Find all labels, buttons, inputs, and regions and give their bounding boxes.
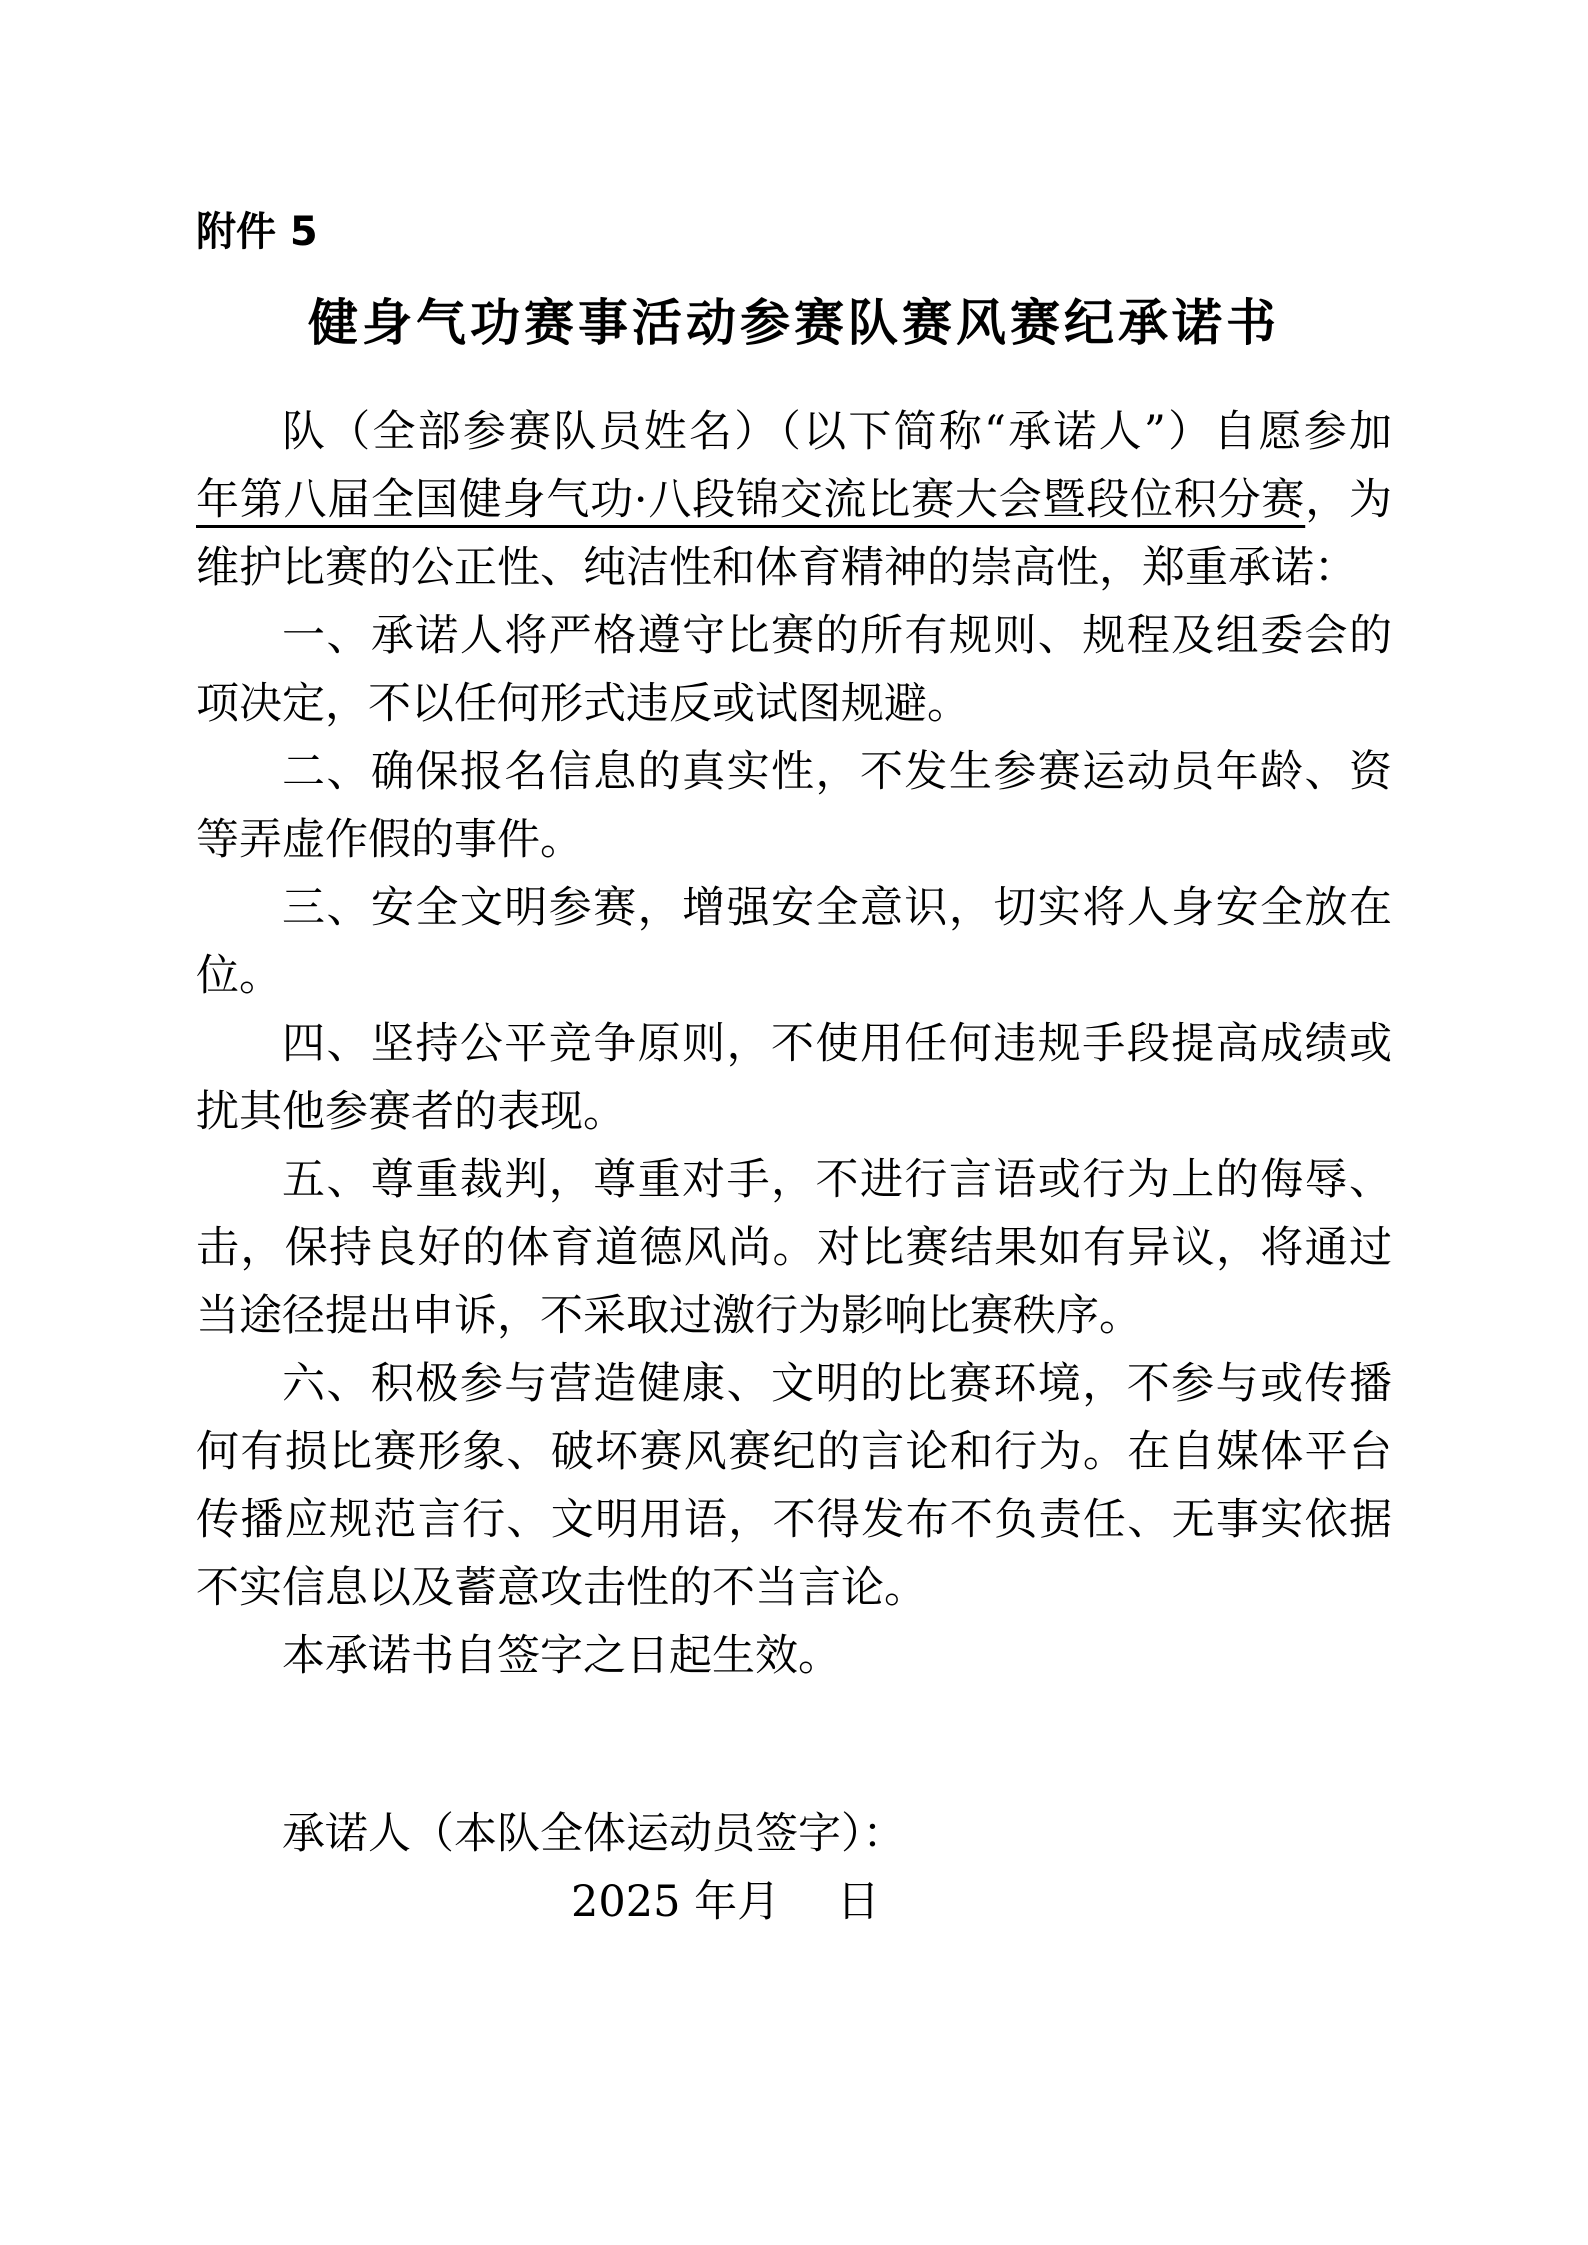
text-segment: 何有损比赛形象、破坏赛风赛纪的言论和行为。在自媒体平台的	[196, 1427, 1392, 1486]
text-segment: ，为	[1305, 475, 1392, 525]
text-segment: 不实信息以及蓄意攻击性的不当言论。	[196, 1563, 927, 1613]
text-segment: 队（全部参赛队员姓名）（以下简称“承诺人”）自愿参加	[282, 407, 1392, 457]
document-title: 健身气功赛事活动参赛队赛风赛纪承诺书	[196, 296, 1392, 350]
text-segment: 2025 年月 日	[571, 1877, 880, 1927]
text-segment: 承诺人（本队全体运动员签字）：	[282, 1809, 906, 1859]
text-segment: 四、坚持公平竞争原则，不使用任何违规手段提高成绩或干	[282, 1019, 1392, 1078]
item2-line1: 二、确保报名信息的真实性，不发生参赛运动员年龄、资格	[196, 738, 1392, 806]
text-segment: 六、积极参与营造健康、文明的比赛环境，不参与或传播任	[282, 1359, 1392, 1418]
item1-line2: 项决定，不以任何形式违反或试图规避。	[196, 670, 1392, 738]
item6-line3: 传播应规范言行、文明用语，不得发布不负责任、无事实依据的	[196, 1486, 1392, 1554]
blank-line	[196, 1690, 1392, 1745]
text-segment: 扰其他参赛者的表现。	[196, 1087, 626, 1137]
date-line: 2025 年月 日	[196, 1868, 1392, 1936]
text-segment: 击，保持良好的体育道德风尚。对比赛结果如有异议，将通过正	[196, 1223, 1392, 1282]
document-body: 队（全部参赛队员姓名）（以下简称“承诺人”）自愿参加 2025年第八届全国健身气…	[196, 398, 1392, 1936]
attachment-label: 附件 5	[196, 212, 1392, 252]
para1-line2: 年第八届全国健身气功·八段锦交流比赛大会暨段位积分赛，为	[196, 466, 1392, 534]
effective-line: 本承诺书自签字之日起生效。	[196, 1622, 1392, 1690]
text-segment: 位。	[196, 951, 282, 1001]
text-segment: 当途径提出申诉，不采取过激行为影响比赛秩序。	[196, 1291, 1142, 1341]
text-segment: 传播应规范言行、文明用语，不得发布不负责任、无事实依据的	[196, 1495, 1392, 1554]
item4-line2: 扰其他参赛者的表现。	[196, 1078, 1392, 1146]
item4-line1: 四、坚持公平竞争原则，不使用任何违规手段提高成绩或干	[196, 1010, 1392, 1078]
item2-line2: 等弄虚作假的事件。	[196, 806, 1392, 874]
item6-line1: 六、积极参与营造健康、文明的比赛环境，不参与或传播任	[196, 1350, 1392, 1418]
para1-line3: 维护比赛的公正性、纯洁性和体育精神的崇高性，郑重承诺：	[196, 534, 1392, 602]
text-segment: 维护比赛的公正性、纯洁性和体育精神的崇高性，郑重承诺：	[196, 543, 1357, 593]
item5-line3: 当途径提出申诉，不采取过激行为影响比赛秩序。	[196, 1282, 1392, 1350]
item3-line2: 位。	[196, 942, 1392, 1010]
text-segment: 等弄虚作假的事件。	[196, 815, 583, 865]
item3-line1: 三、安全文明参赛，增强安全意识，切实将人身安全放在首	[196, 874, 1392, 942]
item5-line2: 击，保持良好的体育道德风尚。对比赛结果如有异议，将通过正	[196, 1214, 1392, 1282]
blank-line	[196, 1745, 1392, 1800]
underlined-text: 年第八届全国健身气功·八段锦交流比赛大会暨段位积分赛	[196, 475, 1305, 525]
item1-line1: 一、承诺人将严格遵守比赛的所有规则、规程及组委会的各	[196, 602, 1392, 670]
item5-line1: 五、尊重裁判，尊重对手，不进行言语或行为上的侮辱、攻	[196, 1146, 1392, 1214]
item6-line4: 不实信息以及蓄意攻击性的不当言论。	[196, 1554, 1392, 1622]
text-segment: 项决定，不以任何形式违反或试图规避。	[196, 679, 970, 729]
text-segment: 三、安全文明参赛，增强安全意识，切实将人身安全放在首	[282, 883, 1392, 942]
text-segment: 本承诺书自签字之日起生效。	[282, 1631, 841, 1681]
text-segment: 二、确保报名信息的真实性，不发生参赛运动员年龄、资格	[282, 747, 1392, 806]
item6-line2: 何有损比赛形象、破坏赛风赛纪的言论和行为。在自媒体平台的	[196, 1418, 1392, 1486]
text-segment: 五、尊重裁判，尊重对手，不进行言语或行为上的侮辱、攻	[282, 1155, 1392, 1214]
signature-line: 承诺人（本队全体运动员签字）：	[196, 1800, 1392, 1868]
document-page: 附件 5 健身气功赛事活动参赛队赛风赛纪承诺书 队（全部参赛队员姓名）（以下简称…	[0, 0, 1588, 2245]
text-segment: 一、承诺人将严格遵守比赛的所有规则、规程及组委会的各	[282, 611, 1392, 670]
para1-line1: 队（全部参赛队员姓名）（以下简称“承诺人”）自愿参加 2025	[196, 398, 1392, 466]
